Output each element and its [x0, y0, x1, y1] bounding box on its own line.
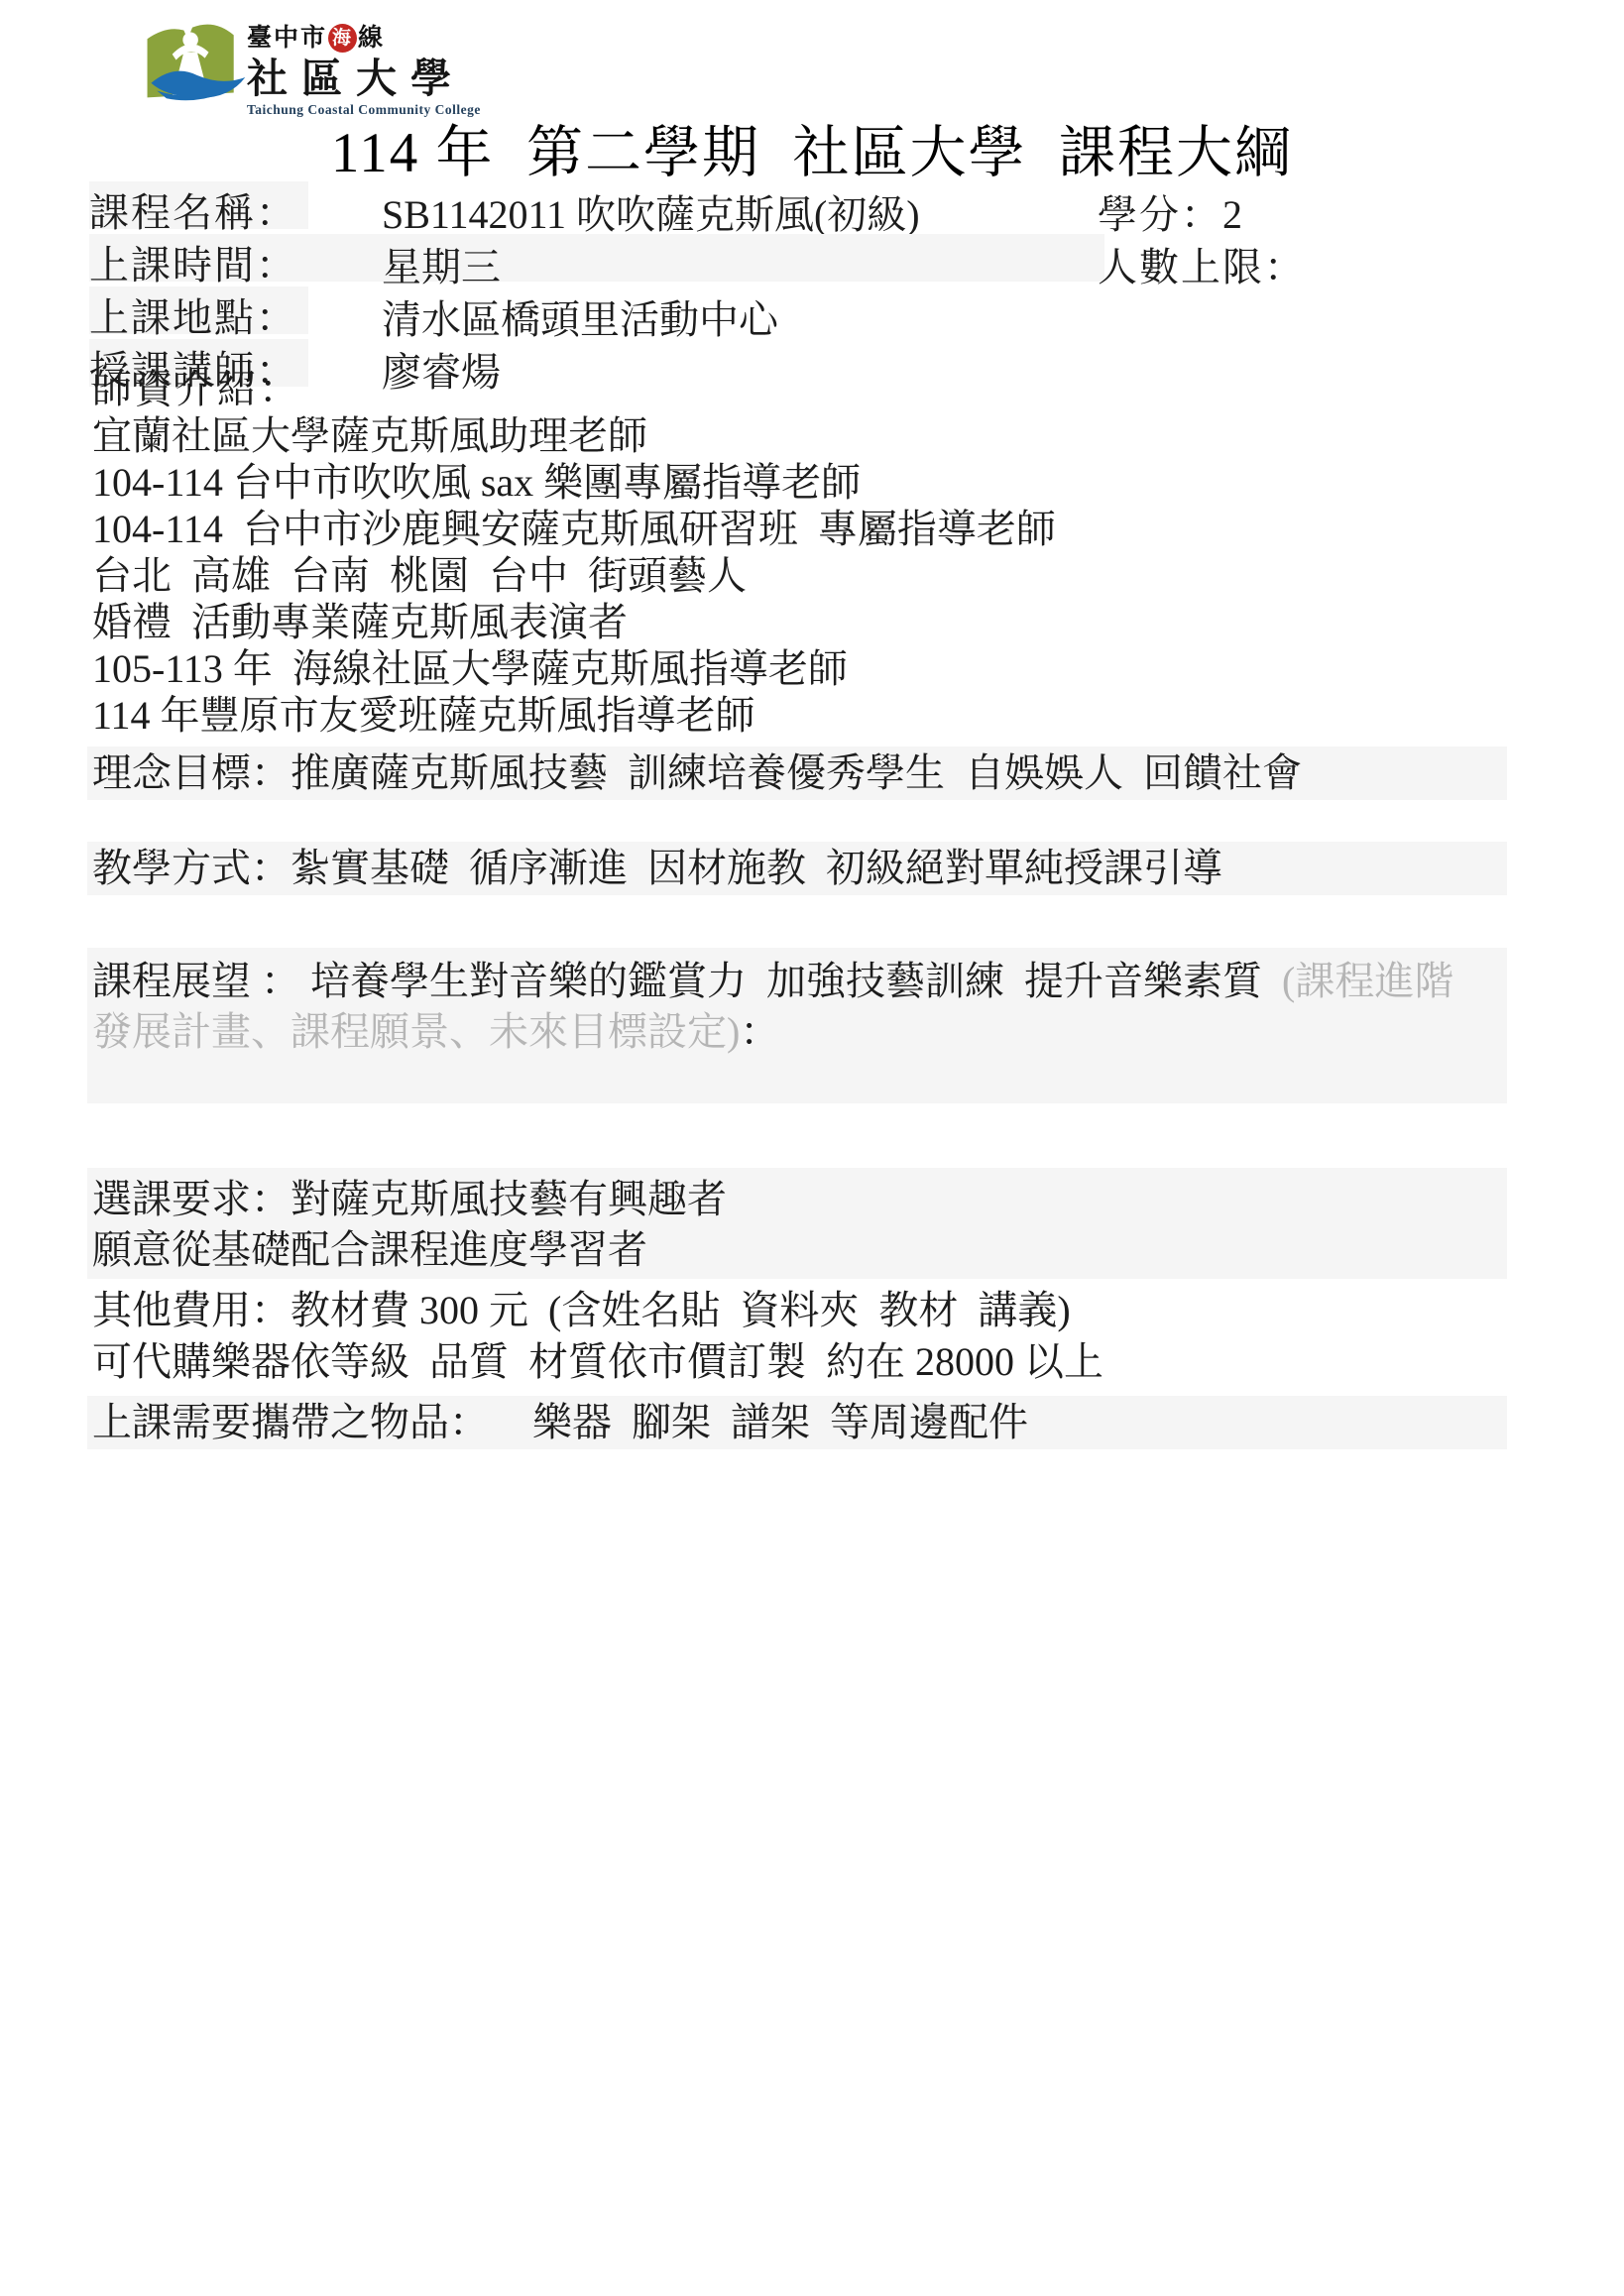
course-name-label: 課程名稱：	[89, 181, 308, 229]
course-outlook-text: 課程展望 ： 培養學生對音樂的鑑賞力 加強技藝訓練 提升音樂素質	[92, 959, 1282, 1003]
teacher-intro-line: 台北 高雄 台南 桃園 台中 街頭藝人	[92, 552, 1056, 599]
class-location-label: 上課地點：	[89, 287, 308, 334]
college-logo-text: 臺中市 海 線 社區大學 Taichung Coastal Community …	[247, 24, 481, 117]
fees-line: 可代購樂器依等級 品質 材質依市價訂製 約在 28000 以上	[92, 1336, 1103, 1388]
class-time-label: 上課時間：	[89, 234, 308, 282]
class-time-field: 星期三	[308, 234, 1104, 282]
teacher-intro-line: 104-114 台中市吹吹風 sax 樂團專屬指導老師	[92, 459, 1056, 506]
fees-section: 其他費用：教材費 300 元 (含姓名貼 資料夾 教材 講義) 可代購樂器依等級…	[92, 1285, 1103, 1388]
course-name-value: SB1142011 吹吹薩克斯風(初級)	[382, 183, 920, 240]
teacher-intro-section: 師資介紹： 宜蘭社區大學薩克斯風助理老師 104-114 台中市吹吹風 sax …	[92, 366, 1056, 739]
teacher-intro-heading: 師資介紹：	[92, 366, 1056, 412]
teaching-method-section: 教學方式：紮實基礎 循序漸進 因材施教 初級絕對單純授課引導	[87, 842, 1507, 895]
course-name-row: 課程名稱： SB1142011 吹吹薩克斯風(初級) 學分：2	[92, 181, 1525, 234]
brand-seal-icon: 海	[328, 24, 357, 53]
course-info-table: 課程名稱： SB1142011 吹吹薩克斯風(初級) 學分：2 上課時間： 星期…	[92, 181, 1525, 392]
teacher-intro-line: 宜蘭社區大學薩克斯風助理老師	[92, 412, 1056, 459]
capacity-label: 人數上限：	[1098, 236, 1306, 292]
items-to-bring-label: 上課需要攜帶之物品：	[92, 1400, 489, 1444]
college-logo: 臺中市 海 線 社區大學 Taichung Coastal Community …	[136, 16, 481, 117]
brand-pre: 臺中市	[247, 26, 327, 51]
college-brand-line: 臺中市 海 線	[247, 24, 481, 53]
fees-line: 其他費用：教材費 300 元 (含姓名貼 資料夾 教材 講義)	[92, 1285, 1103, 1336]
goal-section: 理念目標：推廣薩克斯風技藝 訓練培養優秀學生 自娛娛人 回饋社會	[87, 746, 1507, 800]
class-time-row: 上課時間： 星期三 人數上限：	[92, 234, 1525, 287]
college-logo-icon	[136, 16, 253, 107]
teacher-intro-line: 婚禮 活動專業薩克斯風表演者	[92, 599, 1056, 645]
course-requirement-section: 選課要求：對薩克斯風技藝有興趣者 願意從基礎配合課程進度學習者	[87, 1168, 1507, 1279]
course-outline-document: 臺中市 海 線 社區大學 Taichung Coastal Community …	[0, 0, 1624, 2296]
class-time-value: 星期三	[382, 236, 501, 292]
teacher-intro-line: 114 年豐原市友愛班薩克斯風指導老師	[92, 692, 1056, 739]
teacher-intro-line: 105-113 年 海線社區大學薩克斯風指導老師	[92, 645, 1056, 692]
college-name: 社區大學	[247, 58, 481, 99]
class-location-row: 上課地點： 清水區橋頭里活動中心	[92, 287, 1525, 339]
requirement-line: 選課要求：對薩克斯風技藝有興趣者	[92, 1174, 1507, 1224]
teacher-intro-line: 104-114 台中市沙鹿興安薩克斯風研習班 專屬指導老師	[92, 506, 1056, 552]
brand-post: 線	[358, 26, 385, 51]
course-outlook-colon: ：	[740, 1009, 779, 1054]
credits-value: 學分：2	[1098, 183, 1244, 240]
requirement-line: 願意從基礎配合課程進度學習者	[92, 1224, 1507, 1275]
course-outlook-section: 課程展望 ： 培養學生對音樂的鑑賞力 加強技藝訓練 提升音樂素質 (課程進階發展…	[87, 948, 1507, 1103]
items-to-bring-section: 上課需要攜帶之物品：樂器 腳架 譜架 等周邊配件	[87, 1396, 1507, 1449]
class-location-value: 清水區橋頭里活動中心	[382, 288, 778, 345]
page-title: 114 年 第二學期 社區大學 課程大綱	[0, 107, 1624, 188]
items-to-bring-value: 樂器 腳架 譜架 等周邊配件	[532, 1400, 1028, 1444]
